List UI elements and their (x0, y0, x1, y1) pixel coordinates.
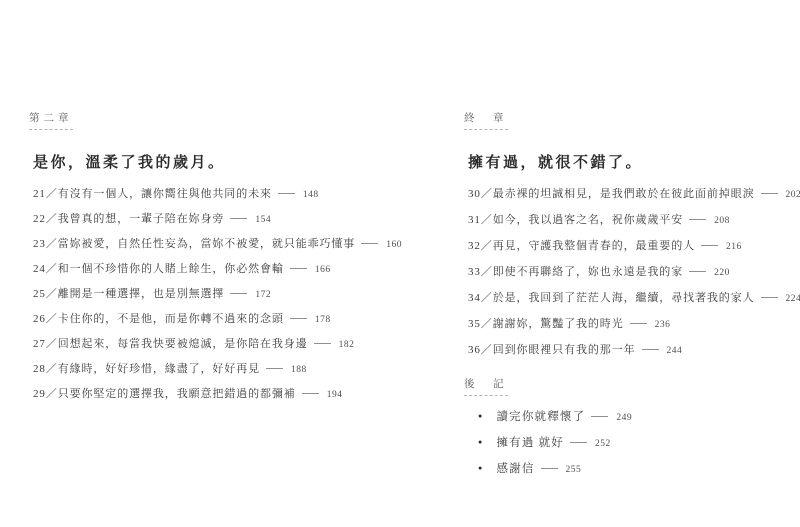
toc-entry-label: 33／即使不再聯絡了，妳也永遠是我的家 (468, 266, 683, 278)
dash-rule (591, 416, 608, 417)
toc-entry: 30／最赤裸的坦誠相見，是我們敢於在彼此面前掉眼淚202 (468, 188, 784, 202)
toc-entry: 31／如今，我以過客之名，祝你歲歲平安208 (468, 214, 784, 228)
toc-entry-page: 244 (667, 346, 683, 356)
afterword-entry-page: 252 (595, 439, 611, 449)
toc-entry: 21／有沒有一個人，讓你嚮往與他共同的未來148 (33, 188, 439, 202)
toc-column-final-chapter: 終 章 擁有過，就很不錯了。 30／最赤裸的坦誠相見，是我們敢於在彼此面前掉眼淚… (464, 108, 784, 488)
toc-entry-page: 178 (315, 315, 331, 325)
afterword-section: 後 記 ●讀完你就釋懷了249 ●擁有過 就好252 ●感謝信255 (464, 374, 784, 477)
afterword-entry-label: 擁有過 就好 (496, 437, 564, 449)
dash-rule (290, 318, 307, 319)
toc-list: 30／最赤裸的坦誠相見，是我們敢於在彼此面前掉眼淚202 31／如今，我以過客之… (468, 188, 784, 358)
dash-rule (642, 349, 659, 350)
dash-rule (290, 268, 307, 269)
toc-entry: 28／有緣時，好好珍惜，緣盡了，好好再見188 (33, 363, 439, 377)
afterword-list: ●讀完你就釋懷了249 ●擁有過 就好252 ●感謝信255 (478, 410, 784, 477)
bullet-icon: ● (478, 462, 483, 475)
afterword-label: 後 記 (464, 376, 508, 396)
toc-entry: 27／回想起來，每當我快要被熄滅，是你陪在我身邊182 (33, 338, 439, 352)
chapter-label: 第二章 (29, 110, 73, 130)
toc-entry: 24／和一個不珍惜你的人賭上餘生，你必然會輸166 (33, 263, 439, 277)
dash-rule (314, 343, 331, 344)
toc-entry-page: 216 (726, 242, 742, 252)
dash-rule (761, 297, 778, 298)
toc-entry: 25／離開是一種選擇，也是別無選擇172 (33, 288, 439, 302)
toc-entry-label: 24／和一個不珍惜你的人賭上餘生，你必然會輸 (33, 263, 284, 275)
dash-rule (630, 323, 647, 324)
section-title: 擁有過，就很不錯了。 (468, 151, 784, 172)
toc-page: 第二章 是你，溫柔了我的歲月。 21／有沒有一個人，讓你嚮往與他共同的未來148… (0, 0, 800, 527)
toc-entry-page: 208 (714, 216, 730, 226)
toc-entry: 36／回到你眼裡只有我的那一年244 (468, 344, 784, 358)
toc-entry-label: 30／最赤裸的坦誠相見，是我們敢於在彼此面前掉眼淚 (468, 188, 755, 200)
bullet-icon: ● (478, 410, 483, 423)
toc-entry-label: 28／有緣時，好好珍惜，緣盡了，好好再見 (33, 363, 260, 375)
dash-rule (570, 442, 587, 443)
toc-column-chapter-2: 第二章 是你，溫柔了我的歲月。 21／有沒有一個人，讓你嚮往與他共同的未來148… (29, 108, 439, 413)
toc-entry-page: 224 (786, 294, 800, 304)
toc-entry-label: 25／離開是一種選擇，也是別無選擇 (33, 288, 224, 300)
afterword-entry-page: 249 (616, 413, 632, 423)
afterword-entry: ●擁有過 就好252 (478, 436, 784, 451)
toc-list: 21／有沒有一個人，讓你嚮往與他共同的未來148 22／我曾真的想，一輩子陪在妳… (33, 188, 439, 402)
toc-entry-label: 32／再見，守護我整個青春的，最重要的人 (468, 240, 695, 252)
toc-entry-page: 148 (303, 190, 319, 200)
afterword-entry-label: 讀完你就釋懷了 (496, 411, 585, 423)
toc-entry-label: 35／謝謝妳，驚豔了我的時光 (468, 318, 624, 330)
toc-entry: 23／當妳被愛，自然任性妄為，當妳不被愛，就只能乖巧懂事160 (33, 238, 439, 252)
afterword-entry-page: 255 (566, 465, 582, 475)
toc-entry-page: 182 (339, 340, 355, 350)
toc-entry: 35／謝謝妳，驚豔了我的時光236 (468, 318, 784, 332)
toc-entry: 26／卡住你的，不是他，而是你轉不過來的念頭178 (33, 313, 439, 327)
toc-entry: 29／只要你堅定的選擇我，我願意把錯過的都彌補194 (33, 388, 439, 402)
toc-entry-page: 154 (255, 215, 271, 225)
toc-entry: 34／於是，我回到了茫茫人海，繼續，尋找著我的家人224 (468, 292, 784, 306)
toc-entry-label: 23／當妳被愛，自然任性妄為，當妳不被愛，就只能乖巧懂事 (33, 238, 355, 250)
toc-entry: 33／即使不再聯絡了，妳也永遠是我的家220 (468, 266, 784, 280)
afterword-entry-label: 感謝信 (496, 463, 534, 475)
toc-entry-page: 166 (315, 265, 331, 275)
toc-entry-page: 194 (327, 390, 343, 400)
chapter-label: 終 章 (464, 110, 508, 130)
toc-entry-label: 22／我曾真的想，一輩子陪在妳身旁 (33, 213, 224, 225)
dash-rule (689, 219, 706, 220)
toc-entry-label: 31／如今，我以過客之名，祝你歲歲平安 (468, 214, 683, 226)
toc-entry-page: 160 (386, 240, 402, 250)
toc-entry-page: 236 (655, 320, 671, 330)
toc-entry-page: 188 (291, 365, 307, 375)
dash-rule (701, 245, 718, 246)
toc-entry-label: 26／卡住你的，不是他，而是你轉不過來的念頭 (33, 313, 284, 325)
afterword-entry: ●讀完你就釋懷了249 (478, 410, 784, 425)
toc-entry-page: 202 (786, 190, 800, 200)
dash-rule (230, 293, 247, 294)
afterword-entry: ●感謝信255 (478, 462, 784, 477)
toc-entry-page: 220 (714, 268, 730, 278)
dash-rule (266, 368, 283, 369)
dash-rule (761, 193, 778, 194)
dash-rule (689, 271, 706, 272)
dash-rule (278, 193, 295, 194)
dash-rule (541, 468, 558, 469)
dash-rule (302, 393, 319, 394)
toc-entry: 32／再見，守護我整個青春的，最重要的人216 (468, 240, 784, 254)
toc-entry-label: 21／有沒有一個人，讓你嚮往與他共同的未來 (33, 188, 272, 200)
dash-rule (230, 218, 247, 219)
toc-entry-page: 172 (255, 290, 271, 300)
toc-entry-label: 29／只要你堅定的選擇我，我願意把錯過的都彌補 (33, 388, 296, 400)
toc-entry: 22／我曾真的想，一輩子陪在妳身旁154 (33, 213, 439, 227)
toc-entry-label: 34／於是，我回到了茫茫人海，繼續，尋找著我的家人 (468, 292, 755, 304)
bullet-icon: ● (478, 436, 483, 449)
toc-entry-label: 36／回到你眼裡只有我的那一年 (468, 344, 636, 356)
dash-rule (361, 243, 378, 244)
toc-entry-label: 27／回想起來，每當我快要被熄滅，是你陪在我身邊 (33, 338, 308, 350)
section-title: 是你，溫柔了我的歲月。 (33, 151, 439, 172)
